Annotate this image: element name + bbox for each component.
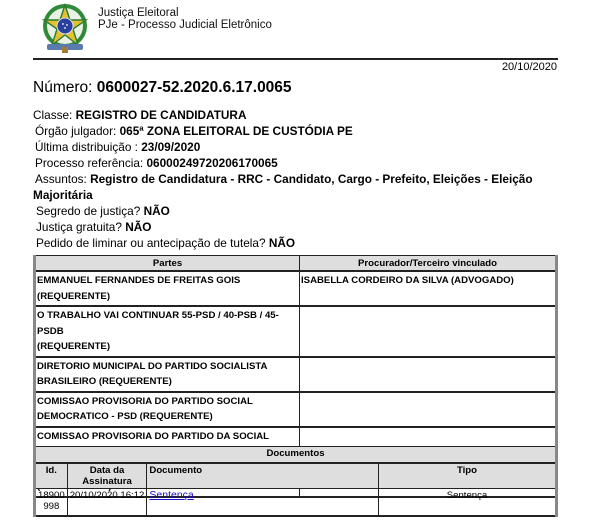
document-date: 20/10/2020 bbox=[502, 61, 557, 73]
tipo-header: Tipo bbox=[379, 463, 557, 489]
parte-name: COMISSAO PROVISORIA DO PARTIDO DA SOCIAL bbox=[37, 429, 298, 445]
process-number-label: Número: bbox=[33, 79, 92, 96]
data-header-line1: Data da bbox=[70, 465, 145, 476]
referencia-line: Processo referência: 0600024972020617006… bbox=[33, 155, 563, 171]
partes-header: Partes bbox=[35, 256, 300, 272]
assuntos-value-cont: Majoritária bbox=[33, 188, 93, 202]
procurador-cell: ISABELLA CORDEIRO DA SILVA (ADVOGADO) bbox=[300, 271, 557, 306]
liminar-line: Pedido de liminar ou antecipação de tute… bbox=[33, 235, 563, 251]
classe-value: REGISTRO DE CANDIDATURA bbox=[76, 108, 247, 122]
process-info: Classe: REGISTRO DE CANDIDATURA Órgão ju… bbox=[33, 107, 563, 251]
referencia-value: 06000249720206170065 bbox=[146, 156, 277, 170]
distribuicao-value: 23/09/2020 bbox=[141, 140, 200, 154]
gratuita-line: Justiça gratuita? NÃO bbox=[33, 219, 563, 235]
parte-role: (REQUERENTE) bbox=[37, 339, 298, 355]
procurador-cell bbox=[300, 357, 557, 392]
parte-row: DIRETORIO MUNICIPAL DO PARTIDO SOCIALIST… bbox=[35, 357, 557, 392]
documento-tipo: Sentença bbox=[379, 489, 557, 517]
gratuita-value: NÃO bbox=[125, 220, 151, 234]
procurador-cell bbox=[300, 306, 557, 357]
parte-role: (REQUERENTE) bbox=[37, 289, 298, 305]
orgao-label: Órgão julgador: bbox=[35, 124, 116, 138]
segredo-line: Segredo de justiça? NÃO bbox=[33, 203, 563, 219]
assuntos-line-2: Majoritária bbox=[33, 187, 563, 203]
documento-header: Documento bbox=[147, 463, 379, 489]
id-header: Id. bbox=[35, 463, 68, 489]
segredo-label: Segredo de justiça? bbox=[36, 204, 140, 218]
documentos-title: Documentos bbox=[35, 447, 557, 464]
orgao-value: 065ª ZONA ELEITORAL DE CUSTÓDIA PE bbox=[120, 124, 353, 138]
distribuicao-label: Última distribuição : bbox=[35, 140, 138, 154]
assuntos-value: Registro de Candidatura - RRC - Candidat… bbox=[90, 172, 532, 186]
gratuita-label: Justiça gratuita? bbox=[36, 220, 122, 234]
parte-cell: EMMANUEL FERNANDES DE FREITAS GOIS(REQUE… bbox=[35, 271, 300, 306]
process-number-value: 0600027-52.2020.6.17.0065 bbox=[97, 79, 292, 96]
parte-name: EMMANUEL FERNANDES DE FREITAS GOIS bbox=[37, 273, 298, 289]
documento-date: 20/10/2020 16:12 bbox=[67, 489, 147, 517]
parte-cell: COMISSAO PROVISORIA DO PARTIDO SOCIALDEM… bbox=[35, 392, 300, 427]
classe-label: Classe: bbox=[33, 108, 72, 122]
data-header: Data da Assinatura bbox=[67, 463, 147, 489]
documentos-table: Documentos Id. Data da Assinatura Docume… bbox=[33, 446, 558, 517]
header-divider bbox=[33, 58, 558, 60]
documento-link[interactable]: Sentença bbox=[149, 489, 193, 501]
procurador-cell bbox=[300, 392, 557, 427]
liminar-value: NÃO bbox=[269, 236, 295, 250]
liminar-label: Pedido de liminar ou antecipação de tute… bbox=[36, 236, 266, 250]
parte-row: COMISSAO PROVISORIA DO PARTIDO SOCIALDEM… bbox=[35, 392, 557, 427]
assuntos-label: Assuntos: bbox=[35, 172, 87, 186]
org-name: Justiça Eleitoral bbox=[98, 7, 272, 19]
documento-id: 18900998 bbox=[35, 489, 68, 517]
data-header-line2: Assinatura bbox=[70, 476, 145, 487]
document-header: Justiça Eleitoral PJe - Processo Judicia… bbox=[0, 0, 594, 60]
documento-cell: Sentença bbox=[147, 489, 379, 517]
referencia-label: Processo referência: bbox=[35, 156, 143, 170]
distribuicao-line: Última distribuição : 23/09/2020 bbox=[33, 139, 563, 155]
classe-line: Classe: REGISTRO DE CANDIDATURA bbox=[33, 107, 563, 123]
parte-name: COMISSAO PROVISORIA DO PARTIDO SOCIAL bbox=[37, 394, 298, 410]
parte-role: DEMOCRATICO - PSD (REQUERENTE) bbox=[37, 409, 298, 425]
assuntos-line: Assuntos: Registro de Candidatura - RRC … bbox=[33, 171, 563, 187]
parte-row: O TRABALHO VAI CONTINUAR 55-PSD / 40-PSB… bbox=[35, 306, 557, 357]
process-number: Número: 0600027-52.2020.6.17.0065 bbox=[33, 79, 292, 97]
system-name: PJe - Processo Judicial Eletrônico bbox=[98, 19, 272, 31]
orgao-line: Órgão julgador: 065ª ZONA ELEITORAL DE C… bbox=[33, 123, 563, 139]
documento-row: 1890099820/10/2020 16:12SentençaSentença bbox=[35, 489, 557, 517]
brazil-coat-of-arms-icon bbox=[39, 2, 91, 54]
parte-role: BRASILEIRO (REQUERENTE) bbox=[37, 374, 298, 390]
parte-row: EMMANUEL FERNANDES DE FREITAS GOIS(REQUE… bbox=[35, 271, 557, 306]
parte-cell: O TRABALHO VAI CONTINUAR 55-PSD / 40-PSB… bbox=[35, 306, 300, 357]
segredo-value: NÃO bbox=[144, 204, 170, 218]
parte-name: DIRETORIO MUNICIPAL DO PARTIDO SOCIALIST… bbox=[37, 359, 298, 375]
parte-cell: DIRETORIO MUNICIPAL DO PARTIDO SOCIALIST… bbox=[35, 357, 300, 392]
procurador-header: Procurador/Terceiro vinculado bbox=[300, 256, 557, 272]
parte-name: O TRABALHO VAI CONTINUAR 55-PSD / 40-PSB… bbox=[37, 308, 298, 339]
